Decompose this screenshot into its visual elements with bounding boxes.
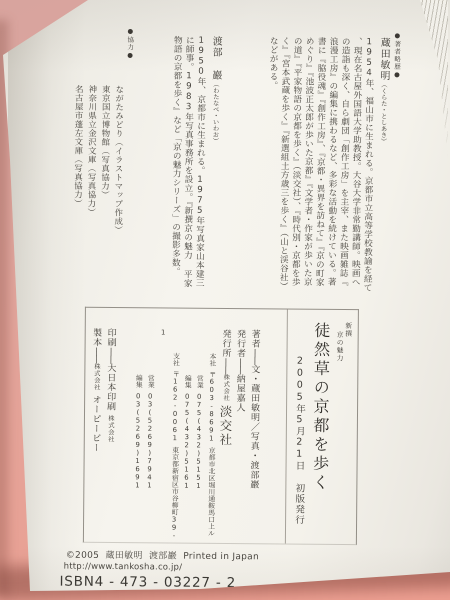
cooperation-list: ながたみどり（イラストマップ作成） 東京国立博物館（写真協力） 神奈川県立金沢文…	[46, 84, 126, 323]
author-name-reading: （くらた・としあき）	[379, 81, 387, 144]
head-office-edit-line: 編集075(432)5161	[180, 329, 194, 543]
author-name-kurata: 蔵田敏明（くらた・としあき）	[375, 37, 390, 295]
title-block: 新撰 京の魅力 徒然草の京都を歩く 2005年5月21日 初版発行	[282, 310, 357, 545]
corp-suffix: 株式会社	[107, 415, 114, 443]
author-name-watanabe: 渡部 巖（わたなべ・いわお）	[207, 36, 222, 294]
author-name-text: 蔵田敏明	[378, 37, 389, 81]
publication-block: 著者——文・蔵田敏明／写真・渡部巖 発行者——納屋嘉人 発行所——株式会社淡交社…	[84, 308, 286, 544]
publisher-url: http://www.tankosha.co.jp/	[64, 562, 183, 573]
publisher-label: 発行者	[235, 329, 245, 358]
printing-line: 印刷——大日本印刷株式会社	[101, 328, 117, 542]
head-office-address: 京都市北区堀川通鞍馬口上ル	[206, 446, 215, 536]
printing-label: 印刷	[106, 328, 116, 347]
author-bio-watanabe: 渡部 巖（わたなべ・いわお） 1950年、京都市に生まれる。1975年写真家山本…	[147, 35, 222, 294]
author-name-reading: （わたなべ・いわお）	[211, 81, 219, 144]
cooperation-item: 東京国立博物館（写真協力）	[97, 85, 113, 323]
author-bio-text-kurata: 1954年、福山市に生まれる。京都市立高等学校教諭を経て、現在名古屋外国語大学助…	[265, 36, 375, 295]
publisher-value: 納屋嘉人	[235, 374, 245, 412]
binding-company: オーピービー	[90, 395, 101, 453]
corp-prefix: 株式会社	[93, 363, 100, 391]
head-office-line: 本社〒603-8691京都市北区堀川通鞍馬口上ル	[204, 329, 218, 543]
corp-prefix: 株式会社	[222, 374, 229, 402]
binding-line: 製本——株式会社オーピービー	[87, 328, 103, 542]
author-line: 著者——文・蔵田敏明／写真・渡部巖	[245, 329, 261, 543]
cooperation-item: 神奈川県立金沢文庫（写真協力）	[83, 85, 99, 323]
author-line-label: 著者	[250, 329, 260, 348]
head-office-postal: 〒603-8691	[207, 371, 216, 443]
branch-office-edit-line: 編集03(5269)1691	[131, 328, 145, 542]
cooperation-item: ながたみどり（イラストマップ作成）	[110, 85, 126, 323]
edition-date: 2005年5月21日 初版発行	[292, 322, 307, 544]
connector-dash: ——	[235, 358, 245, 374]
sales-label: 営業	[195, 375, 203, 389]
branch-office-line: 支社〒162-0061東京都新宿区市谷柳町39-1	[155, 328, 182, 542]
connector-dash: ——	[105, 347, 115, 363]
edit-label: 編集	[183, 375, 191, 389]
branch-office-postal: 〒162-0061	[171, 370, 180, 442]
sales-phone: 075(432)5151	[194, 393, 203, 490]
author-line-value: 文・蔵田敏明／写真・渡部巖	[248, 364, 259, 489]
edit-label: 編集	[134, 374, 142, 388]
head-office-label: 本社	[208, 353, 216, 367]
cooperation-item: 名古屋市蓬左文庫（写真協力）	[70, 85, 86, 323]
photo-scene: ●著者略歴● 蔵田敏明（くらた・としあき） 1954年、福山市に生まれる。京都市…	[0, 0, 450, 600]
publisher-line: 発行者——納屋嘉人	[231, 329, 247, 543]
copyright-line: ©2005 蔵田敏明 渡部巖 Printed in Japan	[66, 548, 259, 563]
author-bio-kurata: 蔵田敏明（くらた・としあき） 1954年、福山市に生まれる。京都市立高等学校教諭…	[252, 36, 390, 295]
author-bio-heading: ●著者略歴●	[393, 31, 403, 101]
publishing-house-label: 発行所	[220, 329, 230, 358]
branch-office-sales-line: 営業03(5269)7941	[143, 328, 157, 542]
connector-dash: ——	[249, 348, 259, 364]
publishing-house-line: 発行所——株式会社淡交社	[216, 329, 232, 543]
connector-dash: ——	[220, 358, 230, 374]
publishing-house-name: 淡交社	[218, 405, 233, 447]
connector-dash: ——	[91, 347, 101, 363]
edit-phone: 03(5269)1691	[133, 392, 142, 489]
author-bio-text-watanabe: 1950年、京都市に生まれる。1975年写真家山本建三に師事。1983年写真事務…	[169, 36, 207, 294]
sales-label: 営業	[146, 374, 154, 388]
book-title: 徒然草の京都を歩く	[309, 322, 332, 544]
book-page: ●著者略歴● 蔵田敏明（くらた・としあき） 1954年、福山市に生まれる。京都市…	[0, 0, 450, 600]
cooperation-heading: ●協力●	[126, 27, 135, 73]
binding-label: 製本	[91, 328, 101, 347]
branch-office-label: 支社	[171, 353, 179, 367]
colophon-box: 新撰 京の魅力 徒然草の京都を歩く 2005年5月21日 初版発行 著者——文・…	[83, 307, 359, 545]
sales-phone: 03(5269)7941	[145, 392, 154, 489]
author-name-text: 渡部 巖	[210, 36, 221, 81]
colophon-page-content: ●著者略歴● 蔵田敏明（くらた・としあき） 1954年、福山市に生まれる。京都市…	[0, 0, 450, 600]
printing-company: 大日本印刷	[105, 363, 115, 411]
edit-phone: 075(432)5161	[182, 392, 191, 489]
